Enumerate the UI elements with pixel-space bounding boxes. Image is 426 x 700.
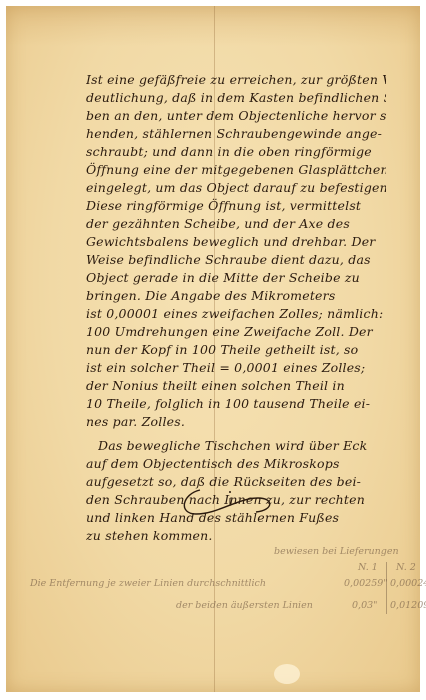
- body-line: Weise befindliche Schraube dient dazu, d…: [86, 252, 386, 268]
- pencil-row-1-label: Die Entfernung je zweier Linien durchsch…: [30, 578, 266, 589]
- pencil-row-1-col-1: 0,00259": [344, 578, 388, 589]
- body-line: ist ein solcher Theil = 0,0001 eines Zol…: [86, 360, 386, 376]
- body-line: zu stehen kommen.: [86, 528, 386, 544]
- body-line: eingelegt, um das Object darauf zu befes…: [86, 180, 386, 196]
- body-line: bringen. Die Angabe des Mikrometers: [86, 288, 386, 304]
- signature-flourish: [178, 484, 278, 520]
- body-line: der Nonius theilt einen solchen Theil in: [86, 378, 386, 394]
- body-line: ist 0,00001 eines zweifachen Zolles; näm…: [86, 306, 386, 322]
- pencil-row-1-col-2: 0,00024: [390, 578, 426, 589]
- body-line: auf dem Objectentisch des Mikroskops: [86, 456, 386, 472]
- body-line: Ist eine gefäßfreie zu erreichen, zur gr…: [86, 72, 386, 88]
- pencil-divider: [386, 562, 387, 614]
- body-line: henden, stählernen Schraubengewinde ange…: [86, 126, 386, 142]
- pencil-col-2: N. 2: [396, 562, 416, 573]
- body-line: ben an den, unter dem Objectenliche herv…: [86, 108, 386, 124]
- body-line: Diese ringförmige Öffnung ist, vermittel…: [86, 198, 386, 214]
- body-line: nun der Kopf in 100 Theile getheilt ist,…: [86, 342, 386, 358]
- body-line: der gezähnten Scheibe, und der Axe des: [86, 216, 386, 232]
- paper-stain: [274, 664, 300, 684]
- body-line: nes par. Zolles.: [86, 414, 386, 430]
- pencil-col-1: N. 1: [358, 562, 378, 573]
- pencil-row-2-col-2: 0,01209: [390, 600, 426, 611]
- body-line: 10 Theile, folglich in 100 tausend Theil…: [86, 396, 386, 412]
- document-page: Ist eine gefäßfreie zu erreichen, zur gr…: [6, 6, 420, 692]
- pencil-row-2-col-1: 0,03": [352, 600, 378, 611]
- body-line: 100 Umdrehungen eine Zweifache Zoll. Der: [86, 324, 386, 340]
- body-line: Gewichtsbalens beweglich und drehbar. De…: [86, 234, 386, 250]
- body-line: schraubt; und dann in die oben ringförmi…: [86, 144, 386, 160]
- body-line: deutlichung, daß in dem Kasten befindlic…: [86, 90, 386, 106]
- pencil-row-2-label: der beiden äußersten Linien: [176, 600, 313, 611]
- body-line: Object gerade in die Mitte der Scheibe z…: [86, 270, 386, 286]
- pencil-header: bewiesen bei Lieferungen: [274, 546, 399, 557]
- body-line: Öffnung eine der mitgegebenen Glasplättc…: [86, 162, 386, 178]
- body-line: Das bewegliche Tischchen wird über Eck: [98, 438, 398, 454]
